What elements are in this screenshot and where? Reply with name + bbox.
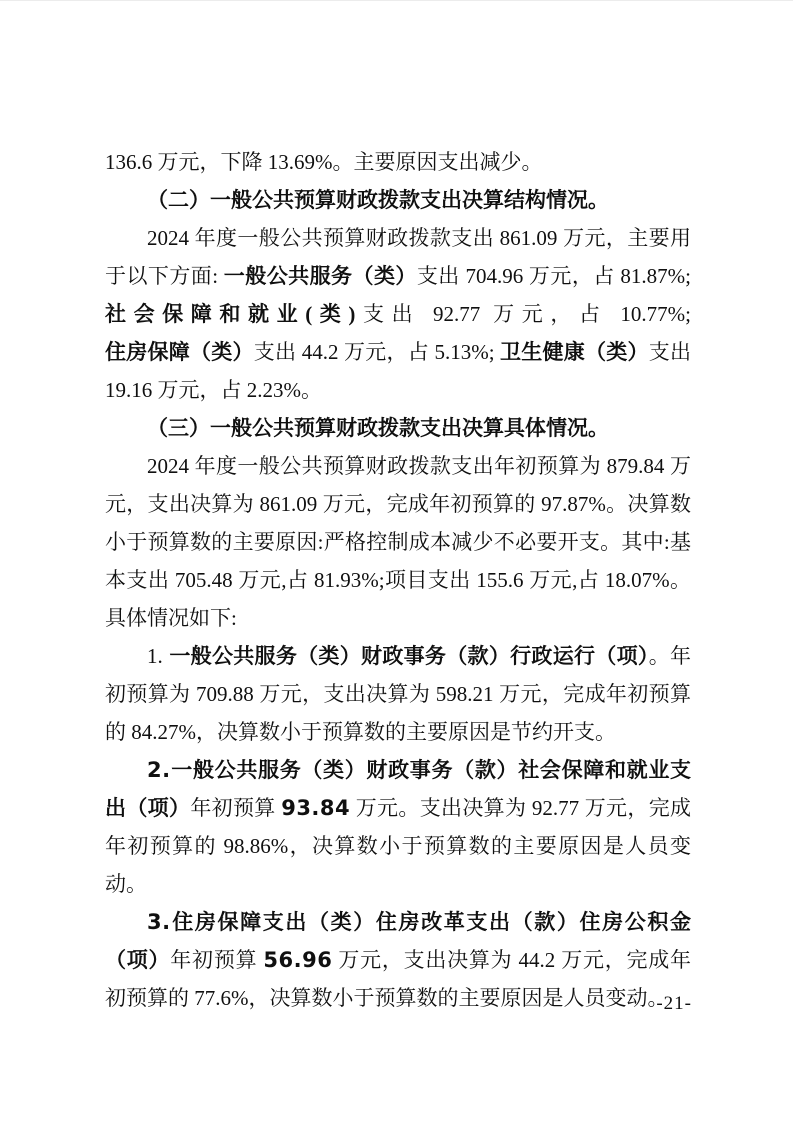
item-number: 2.	[147, 758, 171, 782]
section-heading-2: （二）一般公共预算财政拨款支出决算结构情况。	[105, 181, 691, 219]
list-item-3: 3.住房保障支出（类）住房改革支出（款）住房公积金（项）年初预算 56.96 万…	[105, 903, 691, 1017]
category-health: 卫生健康（类）	[500, 340, 649, 364]
text-run: 支出 44.2 万元，占 5.13%;	[254, 340, 500, 364]
text-run: 支出 704.96 万元，占 81.87%;	[417, 264, 691, 288]
category-social-security-employment: 社会保障和就业(类)	[105, 302, 355, 326]
text-run: 年初预算	[170, 948, 263, 972]
list-item-1: 1.一般公共服务（类）财政事务（款）行政运行（项）。年初预算为 709.88 万…	[105, 637, 691, 751]
category-general-public-services: 一般公共服务（类）	[224, 264, 417, 288]
item-number: 1.	[147, 644, 163, 668]
budget-amount: 93.84	[281, 796, 350, 820]
text-run: 支出 92.77 万元，占 10.77%;	[355, 302, 691, 326]
category-housing-security: 住房保障（类）	[105, 340, 254, 364]
text-run: 年初预算	[190, 796, 281, 820]
heading-text: （二）一般公共预算财政拨款支出决算结构情况。	[147, 188, 609, 212]
text-run: 2024 年度一般公共预算财政拨款支出年初预算为 879.84 万元，支出决算为…	[105, 454, 691, 630]
list-item-2: 2.一般公共服务（类）财政事务（款）社会保障和就业支出（项）年初预算 93.84…	[105, 751, 691, 903]
paragraph-continuation: 136.6 万元，下降 13.69%。主要原因支出减少。	[105, 143, 691, 181]
budget-amount: 56.96	[263, 948, 332, 972]
text-run: 136.6 万元，下降 13.69%。主要原因支出减少。	[105, 150, 543, 174]
item-number: 3.	[147, 910, 171, 934]
item-title: 一般公共服务（类）财政事务（款）行政运行（项）	[169, 644, 649, 668]
paragraph-expenditure-detail: 2024 年度一般公共预算财政拨款支出年初预算为 879.84 万元，支出决算为…	[105, 447, 691, 637]
page-number: -21-	[656, 985, 692, 1023]
heading-text: （三）一般公共预算财政拨款支出决算具体情况。	[147, 416, 609, 440]
document-body: 136.6 万元，下降 13.69%。主要原因支出减少。 （二）一般公共预算财政…	[105, 143, 691, 1017]
section-heading-3: （三）一般公共预算财政拨款支出决算具体情况。	[105, 409, 691, 447]
paragraph-expenditure-structure: 2024 年度一般公共预算财政拨款支出 861.09 万元，主要用于以下方面: …	[105, 219, 691, 409]
